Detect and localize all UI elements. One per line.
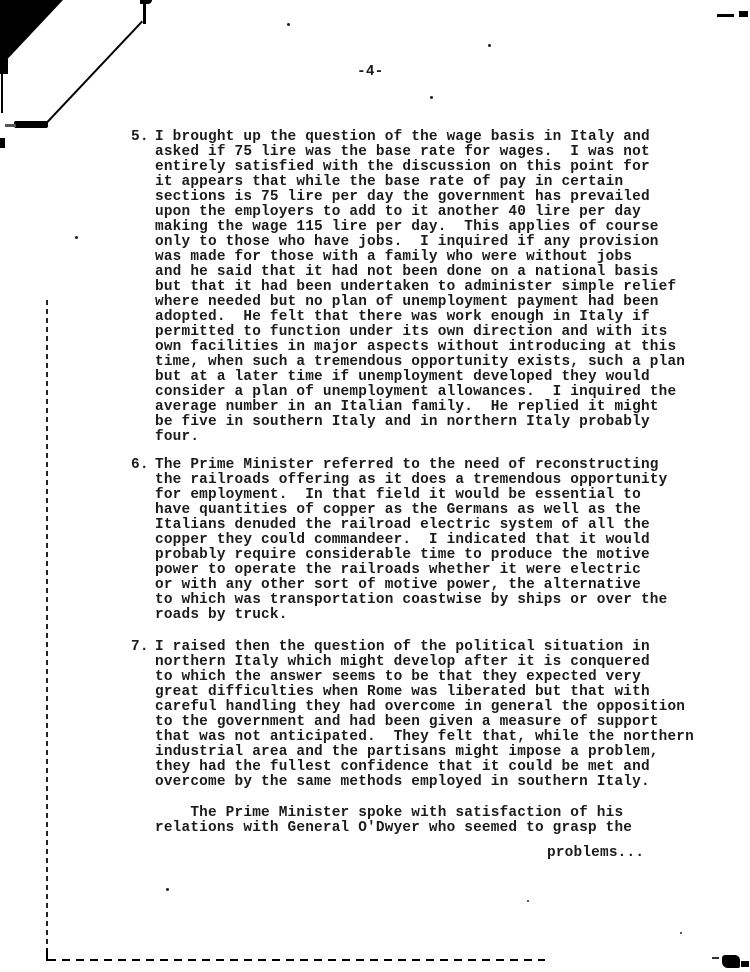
scan-top-right-dash-artifact (717, 14, 734, 17)
scan-speck (430, 96, 433, 99)
page-number: -4- (357, 65, 384, 80)
paragraph-7-text: I raised then the question of the politi… (155, 640, 694, 790)
paragraph-5-number: 5. (131, 130, 155, 145)
scan-smudge-artifact (14, 121, 48, 128)
continuation-mark: problems... (547, 846, 644, 861)
scan-speck (75, 236, 78, 239)
scan-speck (166, 888, 169, 891)
paragraph-5: 5. I brought up the question of the wage… (131, 130, 685, 445)
scan-speck (287, 23, 290, 26)
scan-speck (527, 900, 529, 902)
paragraph-6-number: 6. (131, 458, 155, 473)
closing-paragraph: The Prime Minister spoke with satisfacti… (155, 806, 632, 836)
scan-hook-serif-artifact (140, 0, 152, 4)
scan-smudge-tail-artifact (5, 124, 16, 127)
paragraph-6-text: The Prime Minister referred to the need … (155, 458, 667, 623)
scan-bottom-right-dash-artifact (712, 957, 719, 959)
scan-left-edge-line-artifact (1, 73, 3, 113)
paragraph-5-text: I brought up the question of the wage ba… (155, 130, 685, 445)
scan-left-edge-bar-artifact (0, 59, 8, 74)
scan-corner-fold-artifact (0, 0, 63, 67)
scan-speck (680, 932, 682, 934)
scan-left-edge-speck-artifact (0, 138, 5, 148)
scan-bottom-right-blob-artifact (722, 955, 740, 968)
scan-bottom-dashed-rule-artifact (48, 959, 545, 961)
scan-top-right-mark-artifact (739, 11, 748, 17)
scan-left-dotted-rule-artifact (46, 300, 48, 952)
scan-bottom-right-mark-artifact (741, 961, 749, 967)
paragraph-7-number: 7. (131, 640, 155, 655)
paragraph-6: 6. The Prime Minister referred to the ne… (131, 458, 667, 623)
scan-speck (488, 44, 491, 47)
document-page: -4- 5. I brought up the question of the … (0, 0, 750, 972)
paragraph-7: 7. I raised then the question of the pol… (131, 640, 694, 790)
